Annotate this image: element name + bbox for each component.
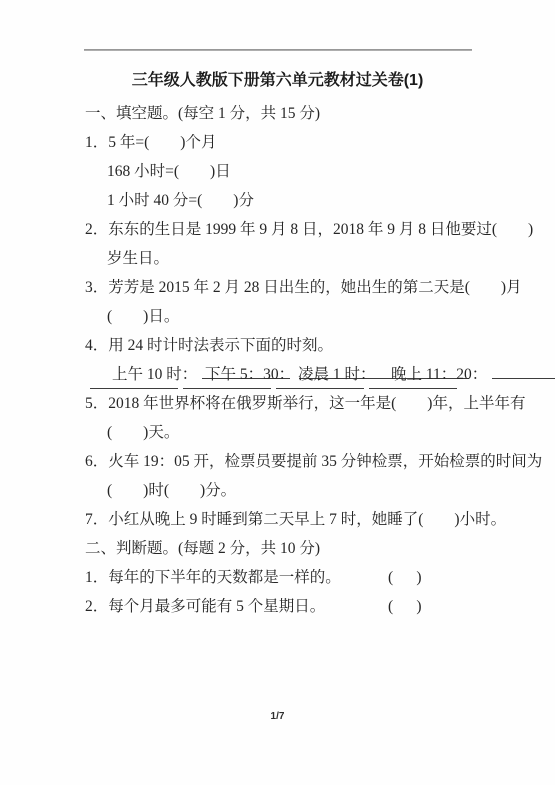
question-line: ( )日。 [85,302,547,331]
answer-blank-underline [492,378,555,379]
header-rule [84,49,472,51]
question-line: ( )天。 [85,418,547,447]
line-text: ( )日。 [107,308,179,325]
section-heading: 一、填空题。(每空 1 分，共 15 分) [85,99,547,128]
judge-line: 1．每年的下半年的天数都是一样的。( ) [85,563,547,592]
question-line: 1．5 年=( )个月 [85,128,547,157]
line-text: 1．5 年=( )个月 [85,134,216,151]
line-text: 晚上 11：20： [391,366,487,383]
line-text: 7．小红从晚上 9 时睡到第二天早上 7 时，她睡了( )小时。 [85,511,506,528]
content: 一、填空题。(每空 1 分，共 15 分)1．5 年=( )个月168 小时=(… [85,99,547,621]
line-text: 2．东东的生日是 1999 年 9 月 8 日，2018 年 9 月 8 日他要… [85,221,533,238]
line-text: 凌晨 1 时： [298,366,376,383]
line-text: 1 小时 40 分=( )分 [107,192,254,209]
fill-blank-line: 晚上 11：20： [369,360,457,389]
question-line: 1 小时 40 分=( )分 [85,186,547,215]
question-line: 5．2018 年世界杯将在俄罗斯举行，这一年是( )年，上半年有 [85,389,547,418]
line-text: ( )天。 [107,424,179,441]
line-text: 5．2018 年世界杯将在俄罗斯举行，这一年是( )年，上半年有 [85,395,525,412]
question-line: 168 小时=( )日 [85,157,547,186]
page-number: 1/7 [0,711,555,722]
line-text: 二、判断题。(每题 2 分，共 10 分) [85,540,320,557]
question-line: 4．用 24 时计时法表示下面的时刻。 [85,331,547,360]
fill-blank-line: 凌晨 1 时： [276,360,364,389]
line-text: 岁生日。 [107,250,169,267]
fill-blank-line: 下午 5：30： [183,360,271,389]
line-text: 168 小时=( )日 [107,163,231,180]
judge-line: 2．每个月最多可能有 5 个星期日。( ) [85,592,547,621]
line-text: 2．每个月最多可能有 5 个星期日。 [85,598,325,615]
answer-parens: ( ) [388,563,422,592]
line-text: 1．每年的下半年的天数都是一样的。 [85,569,341,586]
answer-parens: ( ) [388,592,422,621]
section-heading: 二、判断题。(每题 2 分，共 10 分) [85,534,547,563]
line-text: 4．用 24 时计时法表示下面的时刻。 [85,337,333,354]
question-line: 岁生日。 [85,244,547,273]
line-text: 6．火车 19：05 开，检票员要提前 35 分钟检票，开始检票的时间为 [85,453,542,470]
line-text: 3．芳芳是 2015 年 2 月 28 日出生的，她出生的第二天是( )月 [85,279,522,296]
question-line: 6．火车 19：05 开，检票员要提前 35 分钟检票，开始检票的时间为 [85,447,547,476]
question-line: 7．小红从晚上 9 时睡到第二天早上 7 时，她睡了( )小时。 [85,505,547,534]
line-text: 一、填空题。(每空 1 分，共 15 分) [85,105,320,122]
question-line: 3．芳芳是 2015 年 2 月 28 日出生的，她出生的第二天是( )月 [85,273,547,302]
exam-paper-page: 三年级人教版下册第六单元教材过关卷(1) 一、填空题。(每空 1 分，共 15 … [0,0,555,785]
fill-blank-line: 上午 10 时： [90,360,178,389]
line-text: ( )时( )分。 [107,482,236,499]
question-line: 2．东东的生日是 1999 年 9 月 8 日，2018 年 9 月 8 日他要… [85,215,547,244]
page-title: 三年级人教版下册第六单元教材过关卷(1) [0,71,555,91]
question-line: ( )时( )分。 [85,476,547,505]
